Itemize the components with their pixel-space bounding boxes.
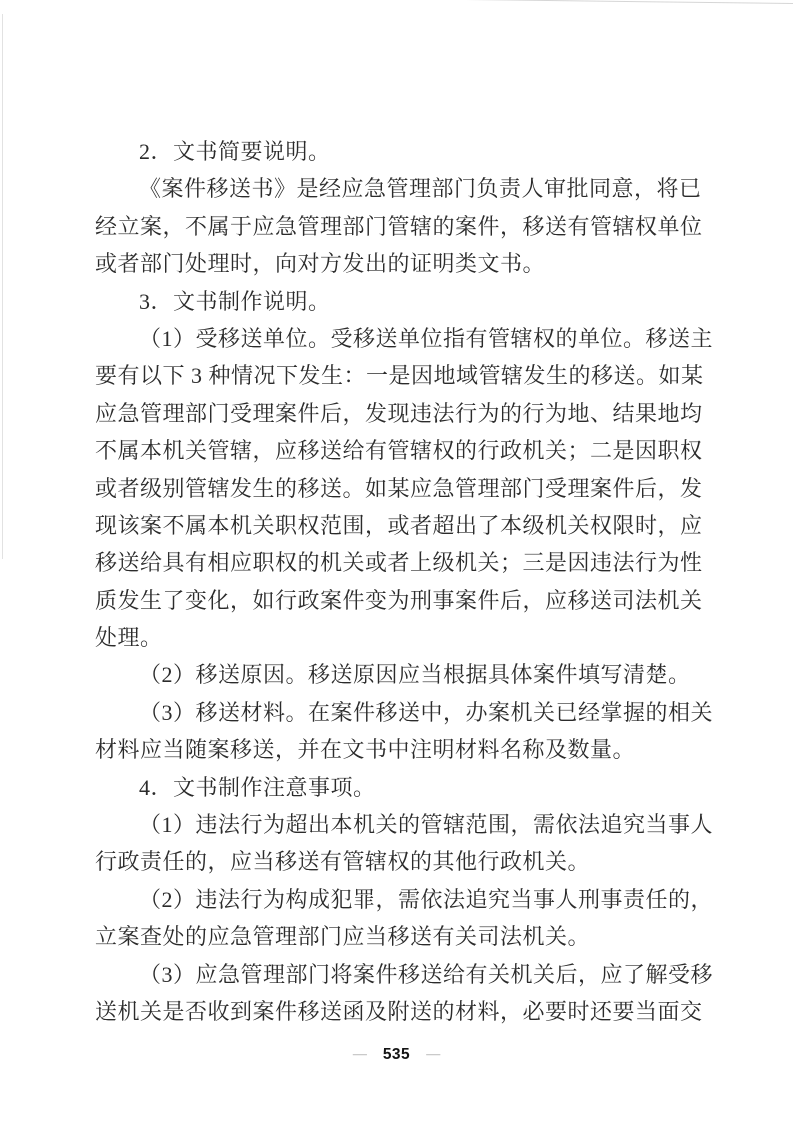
text-line: （3）应急管理部门将案件移送给有关机关后，应了解受移 xyxy=(95,956,697,993)
text-line: 要有以下 3 种情况下发生：一是因地域管辖发生的移送。如某 xyxy=(95,357,697,394)
document-page: 2．文书简要说明。《案件移送书》是经应急管理部门负责人审批同意，将已经立案，不属… xyxy=(0,0,793,1122)
text-line: 行政责任的，应当移送有管辖权的其他行政机关。 xyxy=(95,843,697,880)
text-line: 4．文书制作注意事项。 xyxy=(95,769,697,806)
folio-dash-right: — xyxy=(426,1046,440,1064)
scan-edge-artifact-left xyxy=(2,14,3,559)
text-line: 或者部门处理时，向对方发出的证明类文书。 xyxy=(95,245,697,282)
text-line: 经立案，不属于应急管理部门管辖的案件，移送有管辖权单位 xyxy=(95,208,697,245)
page-footer: — 535 — xyxy=(0,1046,793,1064)
text-line: （1）违法行为超出本机关的管辖范围，需依法追究当事人 xyxy=(95,806,697,843)
body-text: 2．文书简要说明。《案件移送书》是经应急管理部门负责人审批同意，将已经立案，不属… xyxy=(95,133,697,1030)
text-line: 不属本机关管辖，应移送给有管辖权的行政机关；二是因职权 xyxy=(95,432,697,469)
text-line: 3．文书制作说明。 xyxy=(95,283,697,320)
text-line: 处理。 xyxy=(95,619,697,656)
scan-edge-artifact-top xyxy=(0,0,793,4)
text-line: （1）受移送单位。受移送单位指有管辖权的单位。移送主 xyxy=(95,320,697,357)
text-line: 质发生了变化，如行政案件变为刑事案件后，应移送司法机关 xyxy=(95,582,697,619)
page-number: 535 xyxy=(383,1046,410,1064)
text-line: （2）违法行为构成犯罪，需依法追究当事人刑事责任的， xyxy=(95,881,697,918)
text-line: （3）移送材料。在案件移送中，办案机关已经掌握的相关 xyxy=(95,694,697,731)
text-line: 或者级别管辖发生的移送。如某应急管理部门受理案件后，发 xyxy=(95,470,697,507)
text-line: 立案查处的应急管理部门应当移送有关司法机关。 xyxy=(95,918,697,955)
text-line: 现该案不属本机关职权范围，或者超出了本级机关权限时，应 xyxy=(95,507,697,544)
text-line: 送机关是否收到案件移送函及附送的材料，必要时还要当面交 xyxy=(95,993,697,1030)
text-line: 《案件移送书》是经应急管理部门负责人审批同意，将已 xyxy=(95,170,697,207)
text-line: 移送给具有相应职权的机关或者上级机关；三是因违法行为性 xyxy=(95,544,697,581)
text-line: （2）移送原因。移送原因应当根据具体案件填写清楚。 xyxy=(95,656,697,693)
text-line: 应急管理部门受理案件后，发现违法行为的行为地、结果地均 xyxy=(95,395,697,432)
text-line: 2．文书简要说明。 xyxy=(95,133,697,170)
text-line: 材料应当随案移送，并在文书中注明材料名称及数量。 xyxy=(95,731,697,768)
folio-dash-left: — xyxy=(353,1046,367,1064)
